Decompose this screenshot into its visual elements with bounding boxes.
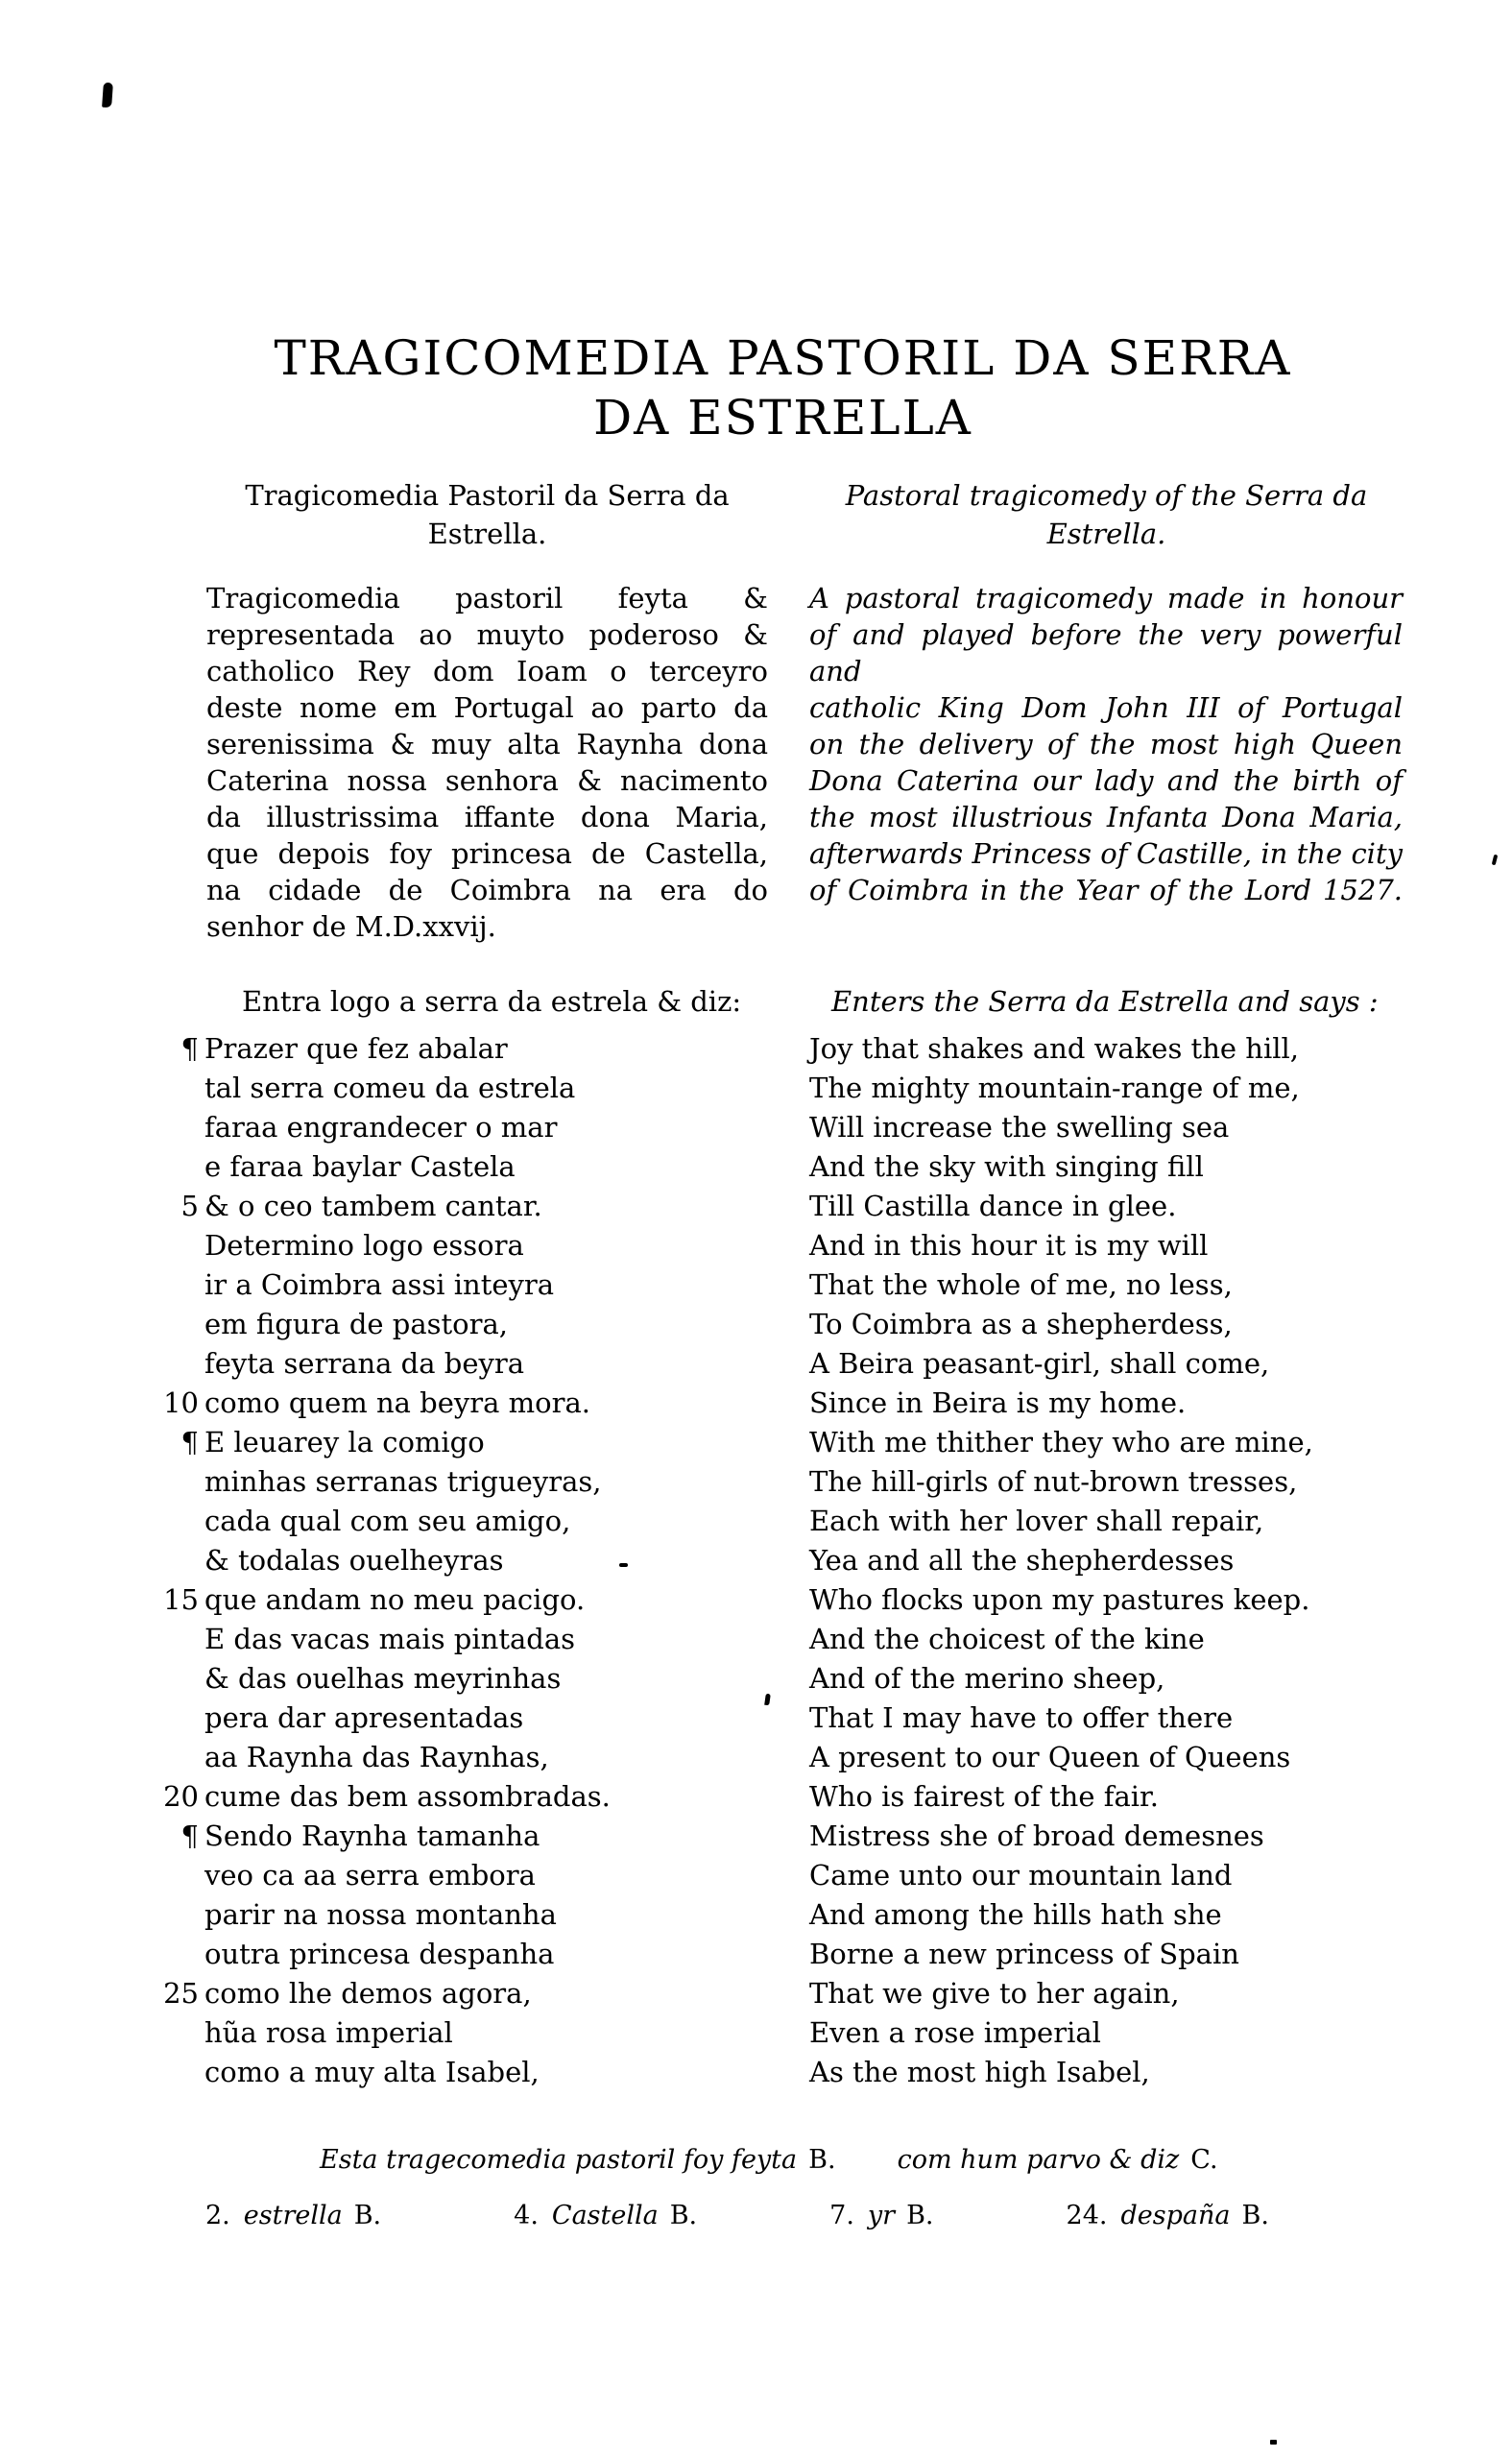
verse-line: feyta serrana da beyra [144,1344,611,1384]
manuscript-siglum: C. [1190,2145,1217,2175]
ink-speck [1270,2440,1277,2445]
verse-line: ¶Sendo Raynha tamanha [144,1817,611,1856]
verse-line-text: & todalas ouelheyras [204,1541,504,1580]
verse-line: Each with her lover shall repair, [809,1502,1313,1541]
prose-line: na cidade de Coimbra na era do [206,872,768,908]
verse-line-number [144,1108,204,1147]
verse-line-text: e faraa baylar Castela [204,1147,516,1187]
manuscript-siglum: B. [1241,2201,1268,2230]
verse-line-text: feyta serrana da beyra [204,1344,524,1384]
verse-line-number [144,2013,204,2053]
verse-line-number [144,1659,204,1699]
apparatus-variants-line: 2.estrellaB. 4.CastellaB. 7.yrB. 24.desp… [205,2201,1269,2230]
verse-line: 15que andam no meu pacigo. [144,1580,611,1620]
prose-line: deste nome em Portugal ao parto da [206,689,768,726]
left-heading-line1: Tragicomedia Pastoril da Serra da [206,476,768,515]
prose-line: senhor de M.D.xxvij. [206,908,768,945]
verse-line-text: em figura de pastora, [204,1305,508,1344]
verse-line-text: parir na nossa montanha [204,1895,557,1935]
verse-line-text: Determino logo essora [204,1226,524,1265]
verse-line-number [144,1541,204,1580]
verse-line: That I may have to offer there [809,1699,1313,1738]
verse-line-text: cada qual com seu amigo, [204,1502,570,1541]
verse-line-number: 25 [144,1974,204,2013]
verse-line: ¶E leuarey la comigo [144,1423,611,1462]
verse-line-text: que andam no meu pacigo. [204,1580,585,1620]
verse-line: A present to our Queen of Queens [809,1738,1313,1777]
verse-line: Since in Beira is my home. [809,1384,1313,1423]
verse-line: faraa engrandecer o mar [144,1108,611,1147]
verse-line-number: ¶ [144,1423,204,1462]
page-title-line2: DA ESTRELLA [54,388,1512,447]
verse-line-number [144,1502,204,1541]
verse-line-number [144,1935,204,1974]
verse-line: minhas serranas trigueyras, [144,1462,611,1502]
verse-line: Determino logo essora [144,1226,611,1265]
verse-line-text: hũa rosa imperial [204,2013,453,2053]
verse-line-text: pera dar apresentadas [204,1699,523,1738]
portuguese-stage-direction: Entra logo a serra da estrela & diz: [242,985,741,1018]
verse-line: pera dar apresentadas [144,1699,611,1738]
verse-line-text: como a muy alta Isabel, [204,2053,540,2092]
verse-line: 25como lhe demos agora, [144,1974,611,2013]
variant-line-number: 7. [829,2201,854,2230]
verse-line: With me thither they who are mine, [809,1423,1313,1462]
variant-reading: despaña [1120,2201,1230,2230]
verse-line-text: tal serra comeu da estrela [204,1069,575,1108]
verse-line-number: ¶ [144,1029,204,1069]
verse-line-text: ir a Coimbra assi inteyra [204,1265,554,1305]
prose-line: catholico Rey dom Ioam o terceyro [206,653,768,689]
page-title-line1: TRAGICOMEDIA PASTORIL DA SERRA [54,328,1512,388]
right-heading-line2: Estrella. [811,515,1402,553]
ink-speck [764,1694,771,1706]
verse-line: ir a Coimbra assi inteyra [144,1265,611,1305]
verse-line-text: minhas serranas trigueyras, [204,1462,601,1502]
verse-line: That the whole of me, no less, [809,1265,1313,1305]
verse-line-number: 5 [144,1187,204,1226]
prose-line: Caterina nossa senhora & nacimento [206,762,768,799]
verse-line: tal serra comeu da estrela [144,1069,611,1108]
manuscript-siglum: B. [906,2201,933,2230]
ink-blot-artifact [102,83,113,108]
verse-line-text: Prazer que fez abalar [204,1029,508,1069]
verse-line-text: veo ca aa serra embora [204,1856,536,1895]
verse-line: outra princesa despanha [144,1935,611,1974]
verse-line: & todalas ouelheyras [144,1541,611,1580]
verse-line: 10como quem na beyra mora. [144,1384,611,1423]
verse-line: veo ca aa serra embora [144,1856,611,1895]
prose-line: afterwards Princess of Castille, in the … [809,835,1403,872]
verse-line: Even a rose imperial [809,2013,1313,2053]
ink-speck [1492,855,1499,866]
left-heading-line2: Estrella. [206,515,768,553]
verse-line-number [144,1699,204,1738]
verse-line-number: ¶ [144,1817,204,1856]
page-title: TRAGICOMEDIA PASTORIL DA SERRA DA ESTREL… [54,328,1512,447]
prose-line: of and played before the very powerful a… [809,616,1403,689]
variant-entry: 2.estrellaB. [205,2201,381,2230]
right-column-heading: Pastoral tragicomedy of the Serra da Est… [811,476,1402,553]
verse-line: & das ouelhas meyrinhas [144,1659,611,1699]
english-verse-column: Joy that shakes and wakes the hill,The m… [809,1029,1313,2092]
english-prose-argument: A pastoral tragicomedy made in honourof … [809,580,1403,908]
variant-reading: yr [868,2201,895,2230]
variant-line-number: 2. [205,2201,230,2230]
verse-line: Joy that shakes and wakes the hill, [809,1029,1313,1069]
verse-line-number [144,1226,204,1265]
verse-line: Will increase the swelling sea [809,1108,1313,1147]
verse-line-text: como quem na beyra mora. [204,1384,590,1423]
english-stage-direction: Enters the Serra da Estrella and says : [831,985,1379,1018]
verse-line-text: & o ceo tambem cantar. [204,1187,542,1226]
verse-line-text: faraa engrandecer o mar [204,1108,557,1147]
verse-line: As the most high Isabel, [809,2053,1313,2092]
apparatus-note-line1: Esta tragecomedia pastoril foy feytaB. c… [320,2145,1218,2175]
verse-line-number [144,1344,204,1384]
verse-line-number [144,1620,204,1659]
verse-line-number [144,1856,204,1895]
prose-line: que depois foy princesa de Castella, [206,835,768,872]
verse-line: parir na nossa montanha [144,1895,611,1935]
verse-line-number: 20 [144,1777,204,1817]
apparatus-note-text: Esta tragecomedia pastoril foy feyta [320,2145,797,2175]
prose-line: of Coimbra in the Year of the Lord 1527. [809,872,1403,908]
variant-entry: 24.despañaB. [1067,2201,1269,2230]
portuguese-verse-column: ¶Prazer que fez abalar tal serra comeu d… [144,1029,611,2092]
prose-line: A pastoral tragicomedy made in honour [809,580,1403,616]
scanned-book-page: TRAGICOMEDIA PASTORIL DA SERRA DA ESTREL… [0,0,1512,2458]
prose-line: the most illustrious Infanta Dona Maria, [809,799,1403,835]
variant-entry: 4.CastellaB. [514,2201,697,2230]
verse-line: Borne a new princess of Spain [809,1935,1313,1974]
verse-line: And of the merino sheep, [809,1659,1313,1699]
verse-line-number: 15 [144,1580,204,1620]
variant-entry: 7.yrB. [829,2201,933,2230]
variant-line-number: 24. [1067,2201,1108,2230]
manuscript-siglum: B. [808,2145,835,2175]
verse-line-number [144,1265,204,1305]
verse-line: And among the hills hath she [809,1895,1313,1935]
verse-line: ¶Prazer que fez abalar [144,1029,611,1069]
variant-line-number: 4. [514,2201,539,2230]
verse-line-number [144,1305,204,1344]
apparatus-note-segment: com hum parvo & dizC. [898,2145,1218,2175]
ink-speck [619,1563,628,1567]
prose-line: Dona Caterina our lady and the birth of [809,762,1403,799]
verse-line: To Coimbra as a shepherdess, [809,1305,1313,1344]
prose-line: representada ao muyto poderoso & [206,616,768,653]
prose-line: serenissima & muy alta Raynha dona [206,726,768,762]
verse-line: Yea and all the shepherdesses [809,1541,1313,1580]
verse-line: And the choicest of the kine [809,1620,1313,1659]
verse-line-number [144,1462,204,1502]
verse-line: Till Castilla dance in glee. [809,1187,1313,1226]
portuguese-prose-argument: Tragicomedia pastoril feyta &representad… [206,580,768,945]
verse-line-number [144,1147,204,1187]
verse-line: And the sky with singing fill [809,1147,1313,1187]
verse-line: Mistress she of broad demesnes [809,1817,1313,1856]
manuscript-siglum: B. [670,2201,697,2230]
verse-line: aa Raynha das Raynhas, [144,1738,611,1777]
verse-line: And in this hour it is my will [809,1226,1313,1265]
verse-line-text: Sendo Raynha tamanha [204,1817,540,1856]
verse-line-text: aa Raynha das Raynhas, [204,1738,549,1777]
verse-line-text: & das ouelhas meyrinhas [204,1659,561,1699]
verse-line-number [144,1895,204,1935]
verse-line: cada qual com seu amigo, [144,1502,611,1541]
verse-line: That we give to her again, [809,1974,1313,2013]
verse-line: 5& o ceo tambem cantar. [144,1187,611,1226]
verse-line: como a muy alta Isabel, [144,2053,611,2092]
verse-line-number [144,1069,204,1108]
verse-line-text: outra princesa despanha [204,1935,554,1974]
variant-reading: estrella [244,2201,343,2230]
prose-line: da illustrissima iffante dona Maria, [206,799,768,835]
verse-line: The hill-girls of nut-brown tresses, [809,1462,1313,1502]
verse-line-number: 10 [144,1384,204,1423]
verse-line: e faraa baylar Castela [144,1147,611,1187]
verse-line: E das vacas mais pintadas [144,1620,611,1659]
apparatus-note-text: com hum parvo & diz [898,2145,1180,2175]
verse-line-text: como lhe demos agora, [204,1974,532,2013]
verse-line: em figura de pastora, [144,1305,611,1344]
verse-line: Who flocks upon my pastures keep. [809,1580,1313,1620]
verse-line: 20cume das bem assombradas. [144,1777,611,1817]
verse-line: hũa rosa imperial [144,2013,611,2053]
verse-line: The mighty mountain-range of me, [809,1069,1313,1108]
verse-line-text: E das vacas mais pintadas [204,1620,575,1659]
apparatus-note-segment: Esta tragecomedia pastoril foy feytaB. [320,2145,836,2175]
prose-line: Tragicomedia pastoril feyta & [206,580,768,616]
verse-line: A Beira peasant-girl, shall come, [809,1344,1313,1384]
prose-line: catholic King Dom John III of Portugal [809,689,1403,726]
right-heading-line1: Pastoral tragicomedy of the Serra da [811,476,1402,515]
manuscript-siglum: B. [354,2201,381,2230]
verse-line-number [144,2053,204,2092]
prose-line: on the delivery of the most high Queen [809,726,1403,762]
verse-line-number [144,1738,204,1777]
verse-line: Came unto our mountain land [809,1856,1313,1895]
verse-line-text: E leuarey la comigo [204,1423,485,1462]
verse-line-text: cume das bem assombradas. [204,1777,611,1817]
verse-line: Who is fairest of the fair. [809,1777,1313,1817]
left-column-heading: Tragicomedia Pastoril da Serra da Estrel… [206,476,768,553]
variant-reading: Castella [552,2201,659,2230]
